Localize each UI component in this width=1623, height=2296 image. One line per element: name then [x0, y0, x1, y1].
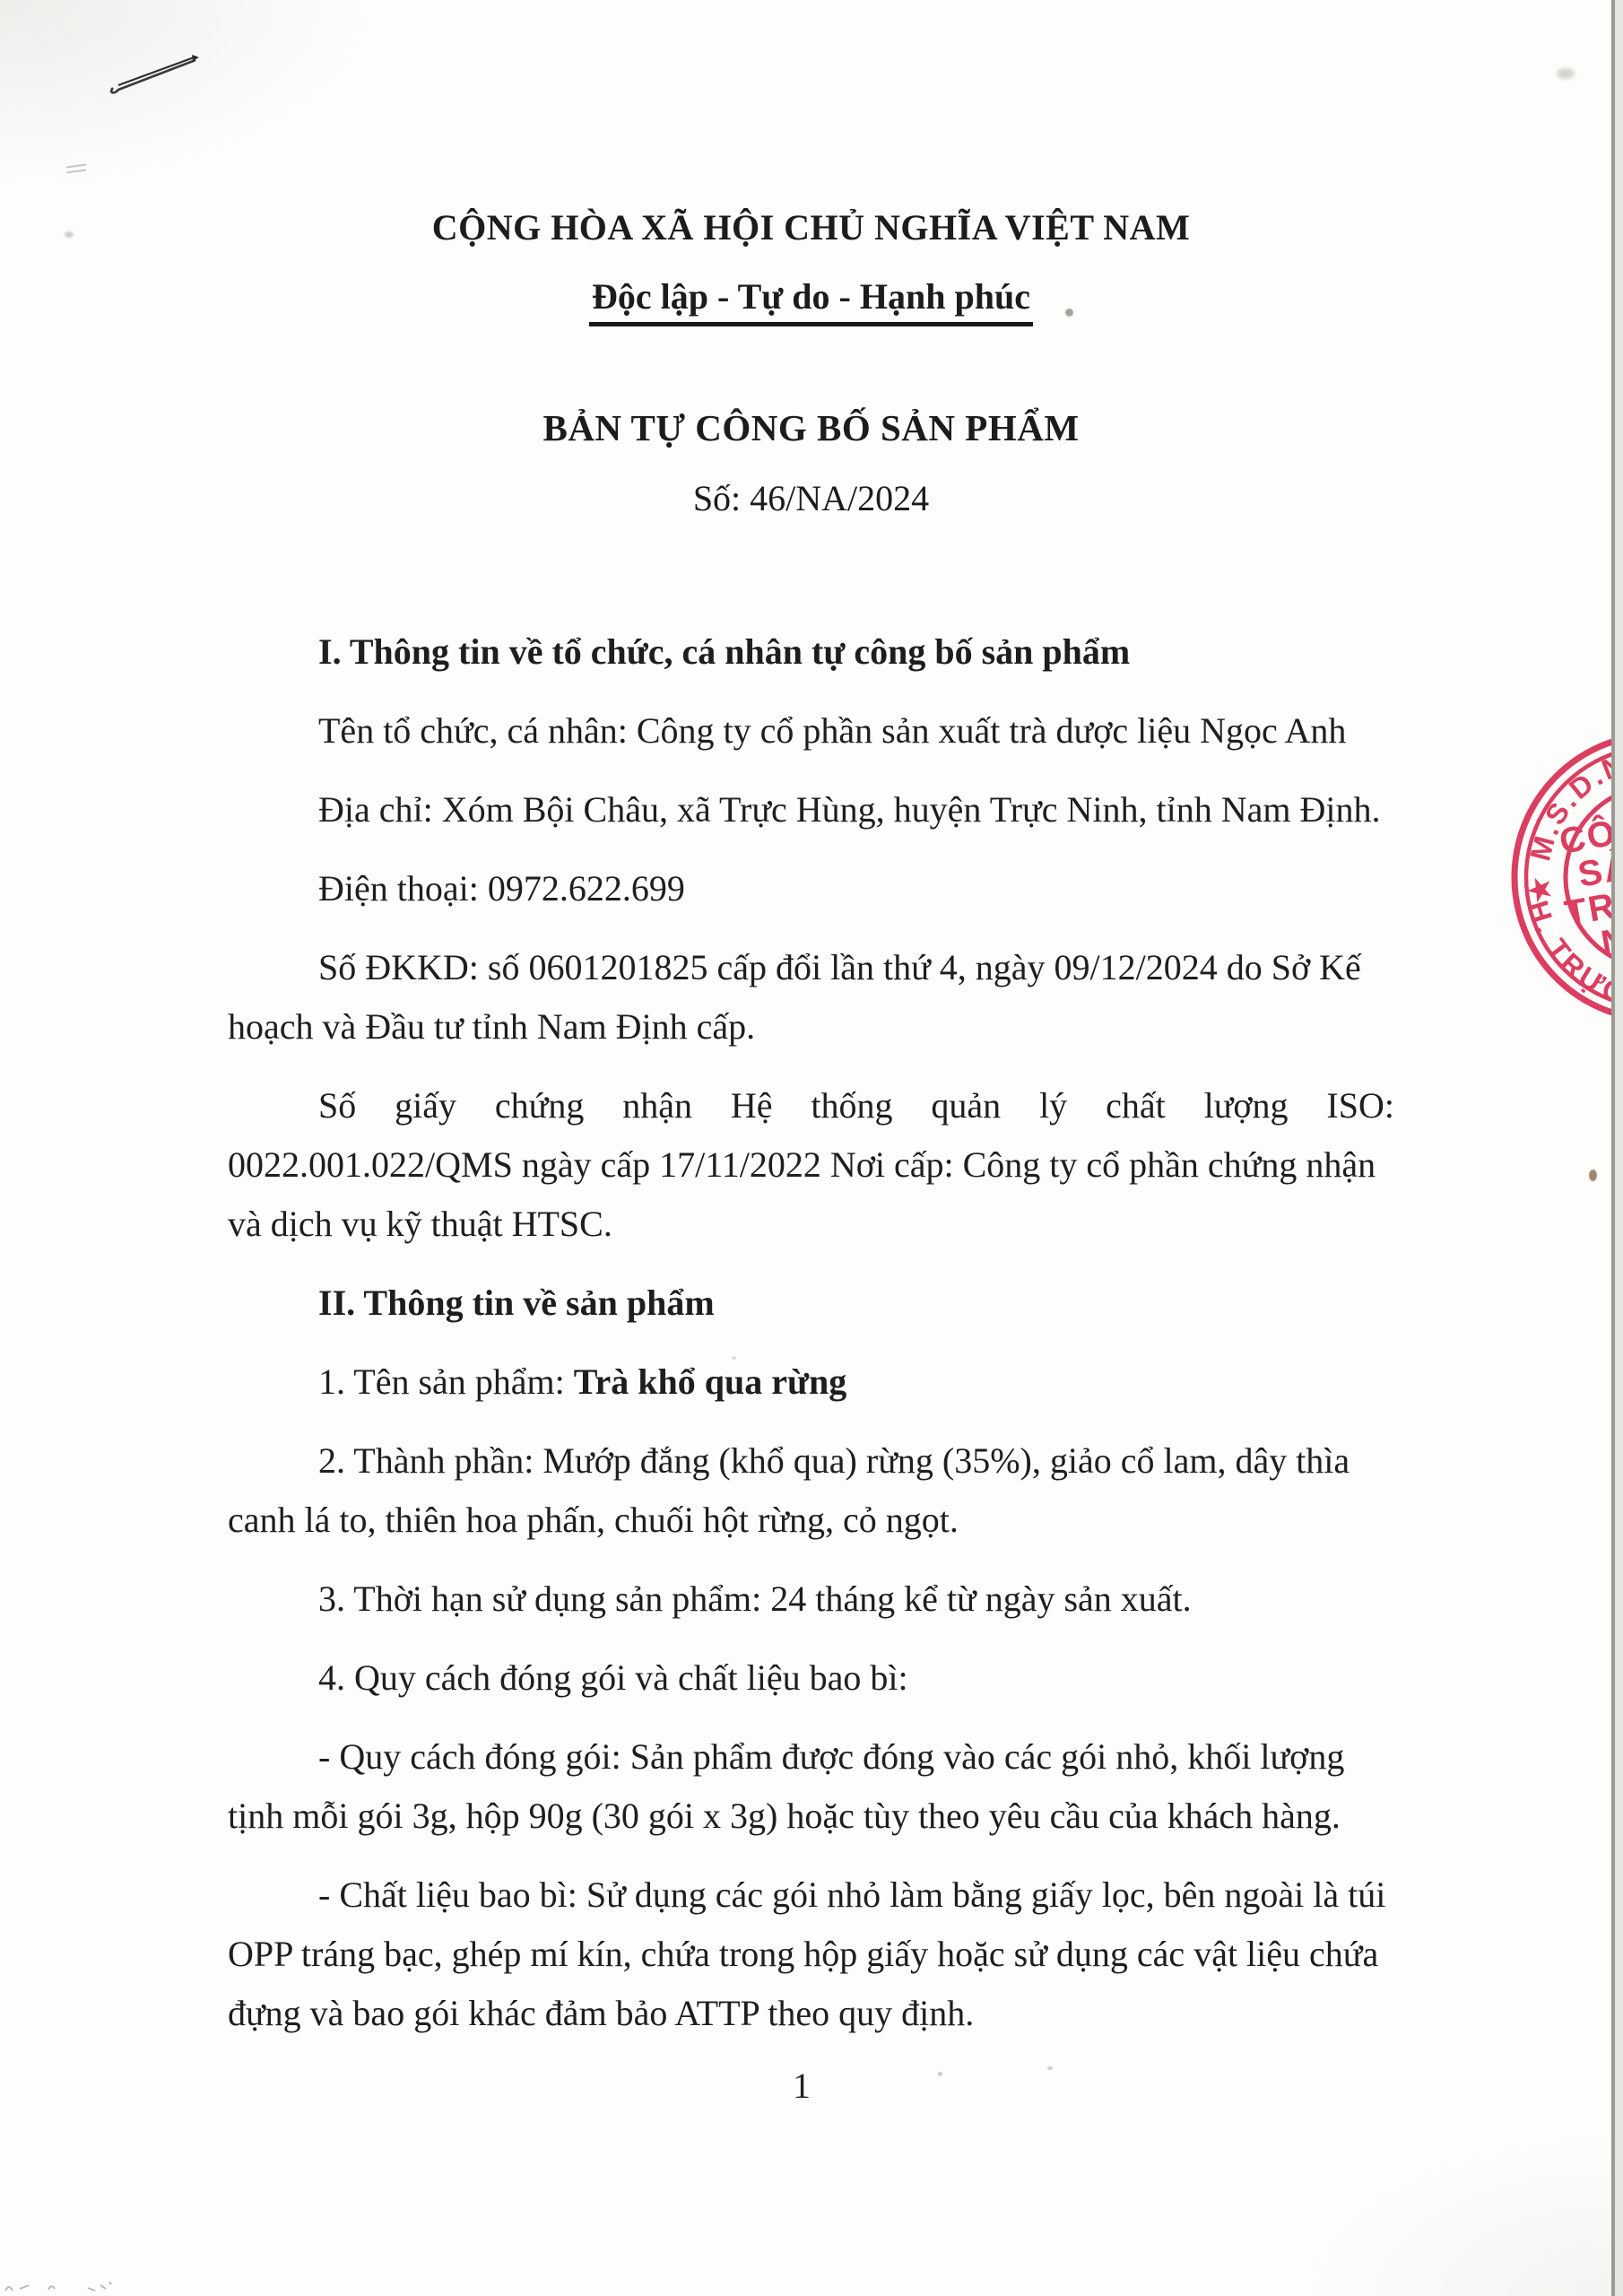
speck-artifact [65, 231, 74, 238]
national-title: CỘNG HÒA XÃ HỘI CHỦ NGHĨA VIỆT NAM [228, 204, 1394, 251]
text-line: 2. Thành phần: Mướp đắng (khổ qua) rừng … [228, 1431, 1394, 1491]
text-line: 4. Quy cách đóng gói và chất liệu bao bì… [228, 1648, 1394, 1708]
text-line: tịnh mỗi gói 3g, hộp 90g (30 gói x 3g) h… [228, 1787, 1394, 1846]
speck-artifact [1047, 2066, 1053, 2070]
speck-artifact [732, 1356, 736, 1360]
stamp-inner-line-4: N [1598, 920, 1611, 964]
text-line: 3. Thời hạn sử dụng sản phẩm: 24 tháng k… [228, 1570, 1394, 1629]
page-number: 1 [228, 2065, 1376, 2107]
speck-artifact [938, 2072, 942, 2076]
speck-artifact [66, 165, 86, 176]
speck-artifact [1589, 1170, 1597, 1181]
scanned-document-page: { "document": { "header": { "national_ti… [0, 0, 1623, 2296]
company-stamp: ★ M.S.D.N: 0601 H. TRỰC CÔN SẢ TRÀ N [1505, 725, 1611, 1030]
text-line: Tên tổ chức, cá nhân: Công ty cổ phần sả… [228, 701, 1394, 761]
text-line: OPP tráng bạc, ghép mí kín, chứa trong h… [228, 1925, 1394, 1984]
text-line: 0022.001.022/QMS ngày cấp 17/11/2022 Nơi… [228, 1135, 1394, 1195]
scan-margin-strip [1615, 0, 1623, 2296]
paper-page: CỘNG HÒA XÃ HỘI CHỦ NGHĨA VIỆT NAM Độc l… [0, 0, 1611, 2296]
smudge-artifact [1557, 68, 1575, 79]
title-block: BẢN TỰ CÔNG BỐ SẢN PHẨM Số: 46/NA/2024 [228, 405, 1394, 520]
text-line: hoạch và Đầu tư tỉnh Nam Định cấp. [228, 997, 1394, 1057]
text-line: đựng và bao gói khác đảm bảo ATTP theo q… [228, 1984, 1394, 2043]
document-header: CỘNG HÒA XÃ HỘI CHỦ NGHĨA VIỆT NAM Độc l… [228, 204, 1394, 326]
pen-mark [106, 43, 222, 106]
text-line: - Chất liệu bao bì: Sử dụng các gói nhỏ … [228, 1865, 1394, 1925]
text-line: canh lá to, thiên hoa phấn, chuối hột rừ… [228, 1491, 1394, 1550]
document-title: BẢN TỰ CÔNG BỐ SẢN PHẨM [228, 405, 1394, 450]
text-line: Số giấy chứng nhận Hệ thống quản lý chất… [228, 1076, 1394, 1135]
document-number: Số: 46/NA/2024 [228, 477, 1394, 520]
text-line: Địa chỉ: Xóm Bội Châu, xã Trực Hùng, huy… [228, 780, 1394, 839]
bottom-edge-marks [2, 2276, 163, 2296]
text-line: Điện thoại: 0972.622.699 [228, 859, 1394, 918]
text-line: Số ĐKKD: số 0601201825 cấp đổi lần thứ 4… [228, 938, 1394, 997]
text-line: 1. Tên sản phẩm: Trà khổ qua rừng [228, 1352, 1394, 1412]
text-line: II. Thông tin về sản phẩm [228, 1274, 1394, 1333]
text-line: I. Thông tin về tổ chức, cá nhân tự công… [228, 622, 1394, 682]
text-line: - Quy cách đóng gói: Sản phẩm được đóng … [228, 1727, 1394, 1787]
ink-dot-artifact [1065, 309, 1073, 317]
text-line: và dịch vụ kỹ thuật HTSC. [228, 1195, 1394, 1254]
motto-underlined: Độc lập - Tự do - Hạnh phúc [589, 276, 1033, 326]
body-lines: I. Thông tin về tổ chức, cá nhân tự công… [228, 603, 1394, 2043]
